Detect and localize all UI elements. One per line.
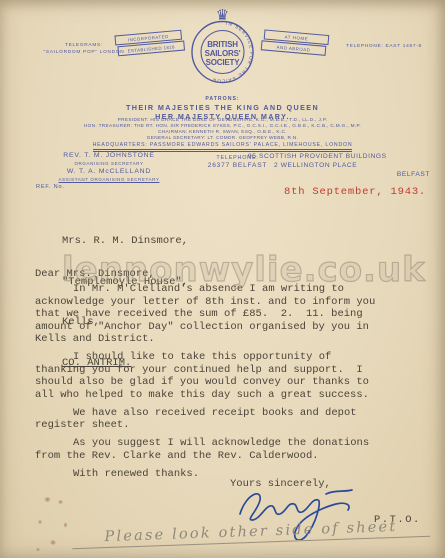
emblem-org-line2: SAILORS' <box>205 49 241 58</box>
stain-mark <box>58 500 63 504</box>
salutation: Dear Mrs. Dinsmore, <box>35 268 155 280</box>
emblem-org-line1: BRITISH <box>207 40 238 49</box>
patrons-label: PATRONS: <box>0 96 445 102</box>
emblem-left-banner: INCORPORATED ESTABLISHED 1818 <box>115 30 184 56</box>
ref-no-label: REF. No. <box>36 184 65 190</box>
address-line1: 95 SCOTTISH PROVIDENT BUILDINGS <box>248 152 430 161</box>
address-line3: BELFAST <box>248 170 430 179</box>
officers-block: PRESIDENT: HIS GRACE THE DUKE OF DEVONSH… <box>0 117 445 141</box>
letter-date: 8th September, 1943. <box>284 186 426 198</box>
recipient-name: Mrs. R. M. Dinsmore, <box>62 235 188 249</box>
letter-body: In Mr. M'Clelland's absence I am writing… <box>35 283 387 486</box>
officer-general-secretary: GENERAL SECRETARY: LT. COMDR. GEOFFREY W… <box>0 135 445 141</box>
assistant-secretary-name: W. T. A. McCLELLAND <box>34 168 184 176</box>
belfast-secretaries-block: REV. T. M. JOHNSTONE ORGANISING SECRETAR… <box>34 152 184 184</box>
society-emblem: ♛ IN SERVICE FOR THE SAILOR BRITISH SAIL… <box>105 4 340 96</box>
paragraph-donations: As you suggest I will acknowledge the do… <box>35 437 387 462</box>
organising-secretary-name: REV. T. M. JOHNSTONE <box>34 152 184 160</box>
paragraph-receipt-books: We have also received receipt books and … <box>35 407 387 432</box>
telephone-london-block: TELEPHONE: EAST 1467-8 <box>330 44 438 49</box>
scanned-letter-page: TELEGRAMS: "SAILORDOM POP" LONDON TELEPH… <box>0 0 445 558</box>
stain-mark <box>38 520 42 524</box>
assistant-secretary-title: ASSISTANT ORGANISING SECRETARY <box>34 176 184 184</box>
stain-mark <box>64 522 67 528</box>
emblem-right-banner: AT HOME AND ABROAD <box>261 30 328 56</box>
stain-mark <box>44 497 51 502</box>
paragraph-thanks: I should like to take this opportunity o… <box>35 351 387 401</box>
telephone-label: TELEPHONE: <box>346 44 383 49</box>
stain-mark <box>36 548 40 551</box>
belfast-address-block: 95 SCOTTISH PROVIDENT BUILDINGS 2 WELLIN… <box>248 152 430 179</box>
telephone-value: EAST 1467-8 <box>386 44 422 49</box>
signature-stroke-flourish <box>326 490 352 494</box>
organising-secretary-title: ORGANISING SECRETARY <box>34 160 184 168</box>
paragraph-acknowledgement: In Mr. M'Clelland's absence I am writing… <box>35 283 387 346</box>
address-line2: 2 WELLINGTON PLACE <box>248 161 430 170</box>
patrons-line1: THEIR MAJESTIES THE KING AND QUEEN <box>0 103 445 112</box>
headquarters-line: HEADQUARTERS: PASSMORE EDWARDS SAILORS' … <box>0 142 445 148</box>
emblem-org-line3: SOCIETY <box>206 58 241 67</box>
banner-at-home: AT HOME <box>284 34 308 41</box>
stain-mark <box>50 540 56 545</box>
